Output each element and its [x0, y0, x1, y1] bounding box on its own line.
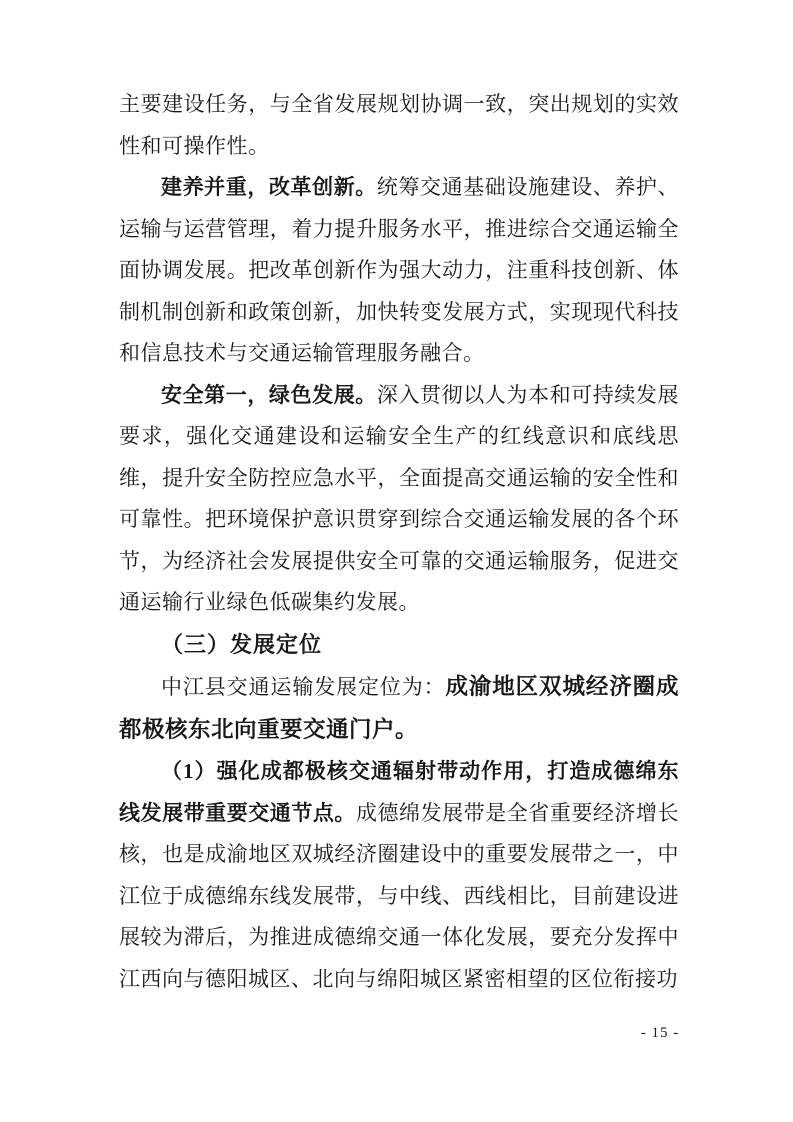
text-run-body: 深入贯彻以人为本和可持续发展要求，强化交通建设和运输安全生产的红线意识和底线思维…	[119, 383, 679, 615]
page-footer: - 15 -	[598, 1024, 722, 1042]
paragraph: 安全第一，绿色发展。深入贯彻以人为本和可持续发展要求，强化交通建设和运输安全生产…	[119, 375, 679, 624]
paragraph: （1）强化成都极核交通辐射带动作用，打造成德绵东线发展带重要交通节点。成德绵发展…	[119, 751, 679, 1000]
paragraph: 建养并重，改革创新。统筹交通基础设施建设、养护、运输与运营管理，着力提升服务水平…	[119, 167, 679, 375]
section-heading: （三）发展定位	[119, 624, 679, 667]
text-run-body: 成德绵发展带是全省重要经济增长核，也是成渝地区双城经济圈建设中的重要发展带之一，…	[119, 801, 679, 991]
text-run-lead: 安全第一，绿色发展。	[161, 383, 377, 407]
text-run-lead: 建养并重，改革创新。	[161, 175, 377, 199]
paragraph: 中江县交通运输发展定位为：成渝地区双城经济圈成都极核东北向重要交通门户。	[119, 666, 679, 751]
page-number: - 15 -	[641, 1025, 680, 1041]
text-run-body: 统筹交通基础设施建设、养护、运输与运营管理，着力提升服务水平，推进综合交通运输全…	[119, 175, 679, 365]
document-body: 主要建设任务，与全省发展规划协调一致，突出规划的实效性和可操作性。建养并重，改革…	[119, 84, 679, 1000]
text-run-heading: （三）发展定位	[161, 632, 322, 657]
document-page: 主要建设任务，与全省发展规划协调一致，突出规划的实效性和可操作性。建养并重，改革…	[0, 0, 793, 1122]
text-run-body: 主要建设任务，与全省发展规划协调一致，突出规划的实效性和可操作性。	[119, 92, 679, 158]
text-run-body: 中江县交通运输发展定位为：	[161, 675, 446, 699]
paragraph: 主要建设任务，与全省发展规划协调一致，突出规划的实效性和可操作性。	[119, 84, 679, 167]
